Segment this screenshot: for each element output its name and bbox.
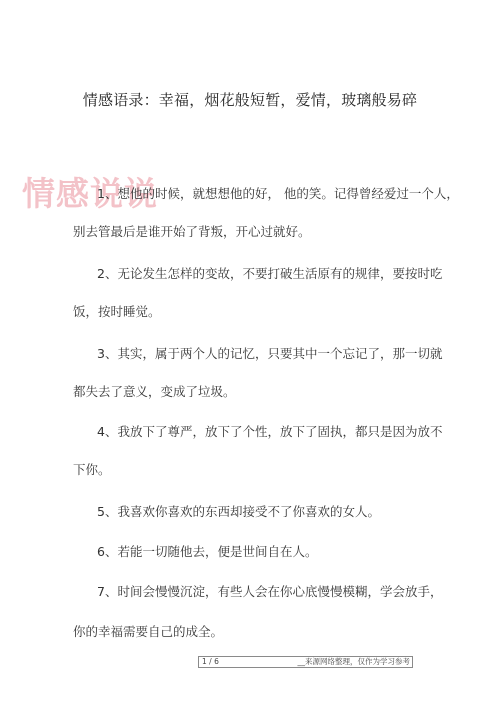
paragraph-line: 6、若能一切随他去，便是世间自在人。 [97, 542, 317, 560]
page-footer: 1 / 6 __来源网络整理，仅作为学习参考 [198, 656, 413, 668]
paragraph-line: 都失去了意义，变成了垃圾。 [73, 382, 236, 400]
paragraph-line: 你的幸福需要自己的成全。 [73, 622, 223, 640]
paragraph-line: 别去管最后是谁开始了背叛，开心过就好。 [73, 222, 311, 240]
paragraph-line: 1、想他的时候，就想想他的好， 他的笑。记得曾经爱过一个人， [97, 184, 459, 202]
document-title: 情感语录：幸福，烟花般短暂，爱情，玻璃般易碎 [0, 89, 500, 110]
paragraph-line: 5、我喜欢你喜欢的东西却接受不了你喜欢的女人。 [97, 502, 380, 520]
paragraph-line: 下你。 [73, 460, 111, 478]
paragraph-line: 3、其实，属于两个人的记忆，只要其中一个忘记了，那一切就 [97, 344, 442, 362]
source-note: __来源网络整理，仅作为学习参考 [298, 657, 411, 667]
document-page: 情感语录：幸福，烟花般短暂，爱情，玻璃般易碎 情感说说 1、想他的时候，就想想他… [0, 0, 500, 708]
paragraph-line: 7、时间会慢慢沉淀，有些人会在你心底慢慢模糊，学会放手， [97, 582, 442, 600]
paragraph-line: 4、我放下了尊严，放下了个性，放下了固执，都只是因为放不 [97, 422, 442, 440]
page-indicator: 1 / 6 [202, 657, 219, 667]
paragraph-line: 2、无论发生怎样的变故，不要打破生活原有的规律，要按时吃 [97, 264, 442, 282]
paragraph-line: 饭，按时睡觉。 [73, 302, 161, 320]
